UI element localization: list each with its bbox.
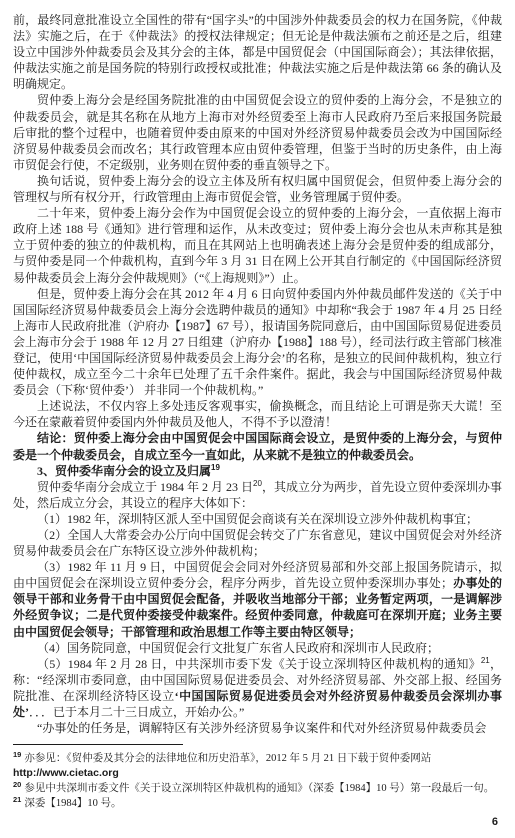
footnote-number: 19 bbox=[13, 750, 21, 759]
footnote-separator bbox=[13, 744, 183, 745]
list-item: （2）全国人大常委会办公厅向中国贸促会转交了广东省意见，建议中国贸促会对外经济贸… bbox=[13, 527, 502, 559]
paragraph-quote: “办事处的任务是，调解特区有关涉外经济贸易争议案件和代对外经济贸易仲裁委员会 bbox=[13, 720, 502, 736]
paragraph: 换句话说，贸仲委上海分会的设立主体及所有权归属中国贸促会，但贸仲委上海分会的管理… bbox=[13, 173, 502, 205]
section-heading: 3、贸仲委华南分会的设立及归属19 bbox=[13, 463, 502, 479]
footnote: 20参见中共深圳市委文件《关于设立深圳特区仲裁机构的通知》（深委【1984】10… bbox=[13, 781, 502, 796]
list-item: （4）国务院同意，中国贸促会行文批复广东省人民政府和深圳市人民政府； bbox=[13, 640, 502, 656]
list-item-text: （3）1982 年 11 月 9 日，中国贸促会会同对外经济贸易部和外交部上报国… bbox=[13, 560, 502, 590]
footnote-number: 20 bbox=[13, 780, 21, 789]
paragraph-text: 贸仲委华南分会成立于 1984 年 2 月 23 日 bbox=[37, 480, 253, 494]
page-number: 6 bbox=[492, 816, 498, 828]
footnote-ref: 21 bbox=[481, 656, 490, 665]
paragraph: 但是，贸仲委上海分会在其 2012 年 4 月 6 日向贸仲委国内外仲裁员邮件发… bbox=[13, 286, 502, 399]
footnote-number: 21 bbox=[13, 795, 21, 804]
paragraph: 贸仲委华南分会成立于 1984 年 2 月 23 日20，其成立分为两步，首先设… bbox=[13, 479, 502, 511]
footnote-ref: 20 bbox=[253, 479, 262, 488]
footnote-text: 亦参见：《贸仲委及其分会的法律地位和历史沿革》，2012 年 5 月 21 日下… bbox=[24, 753, 431, 764]
footnote-url: http://www.cietac.org bbox=[13, 767, 119, 779]
paragraph-continuation: 前，最终同意批准设立全国性的带有“国字头”的中国涉外仲裁委员会的权力在国务院，《… bbox=[13, 12, 502, 92]
footnote: 21深委【1984】10 号。 bbox=[13, 796, 502, 811]
list-item: （1）1982 年，深圳特区派人至中国贸促会商谈有关在深圳设立涉外仲裁机构事宜； bbox=[13, 511, 502, 527]
paragraph: 贸仲委上海分会是经国务院批准的由中国贸促会设立的贸仲委的上海分会，不是独立的仲裁… bbox=[13, 92, 502, 172]
footnote-ref: 19 bbox=[211, 463, 220, 472]
paragraph: 上述说法，不仅内容上多处违反客观事实，偷换概念，而且结论上可谓是弥天大谎！至今还… bbox=[13, 398, 502, 430]
list-item-text: ．．．已于本月二十三日成立，开始办公。” bbox=[29, 705, 244, 719]
list-item-text: （5）1984 年 2 月 28 日，中共深圳市委下发《关于设立深圳特区仲裁机构… bbox=[37, 657, 481, 671]
body-text: 前，最终同意批准设立全国性的带有“国字头”的中国涉外仲裁委员会的权力在国务院，《… bbox=[13, 12, 502, 736]
footnote-text: 参见中共深圳市委文件《关于设立深圳特区仲裁机构的通知》（深委【1984】10 号… bbox=[24, 783, 494, 794]
footnote: 19亦参见：《贸仲委及其分会的法律地位和历史沿革》，2012 年 5 月 21 … bbox=[13, 751, 502, 781]
paragraph: 二十年来，贸仲委上海分会作为中国贸促会设立的贸仲委的上海分会，一直依据上海市政府… bbox=[13, 205, 502, 285]
section-heading-text: 3、贸仲委华南分会的设立及归属 bbox=[37, 464, 211, 478]
footnotes-section: 19亦参见：《贸仲委及其分会的法律地位和历史沿革》，2012 年 5 月 21 … bbox=[13, 744, 502, 811]
list-item: （3）1982 年 11 月 9 日，中国贸促会会同对外经济贸易部和外交部上报国… bbox=[13, 559, 502, 639]
footnote-text: 深委【1984】10 号。 bbox=[24, 798, 121, 809]
document-page: 前，最终同意批准设立全国性的带有“国字头”的中国涉外仲裁委员会的权力在国务院，《… bbox=[0, 0, 515, 838]
conclusion-paragraph: 结论：贸仲委上海分会由中国贸促会中国国际商会设立，是贸仲委的上海分会，与贸仲委是… bbox=[13, 430, 502, 462]
list-item: （5）1984 年 2 月 28 日，中共深圳市委下发《关于设立深圳特区仲裁机构… bbox=[13, 656, 502, 720]
